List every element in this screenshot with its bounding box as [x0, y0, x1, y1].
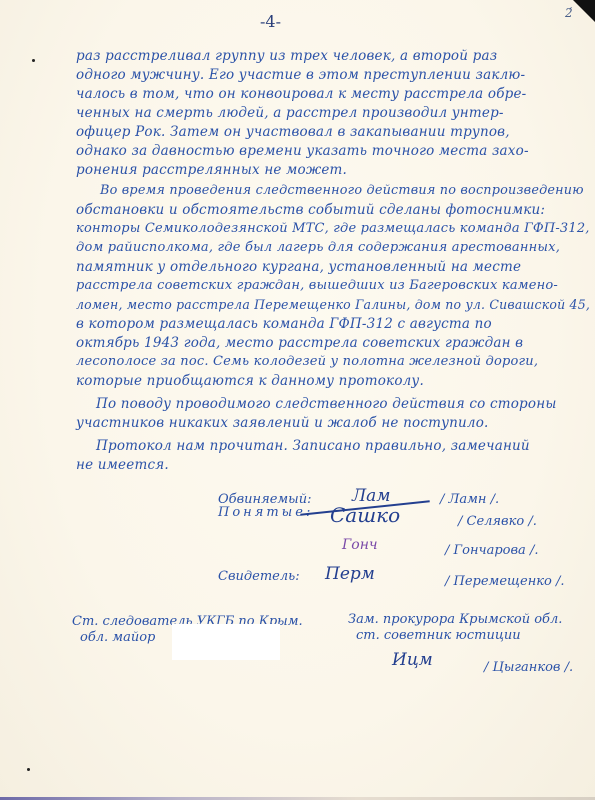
page-corner-shadow: [573, 0, 595, 22]
witness-label: Свидетель:: [218, 569, 300, 584]
scan-speck: [32, 59, 35, 62]
body-line: ронения расстрелянных не может.: [76, 162, 347, 178]
body-line: расстрела советских граждан, вышедших из…: [76, 278, 558, 293]
investigator-rank: обл. майор: [80, 630, 155, 645]
prosecutor-rank: ст. советник юстиции: [356, 628, 521, 643]
witnesses-label: Понятые:: [218, 505, 313, 520]
body-line: одного мужчину. Его участие в этом прест…: [76, 67, 525, 83]
body-line: ченных на смерть людей, а расстрел произ…: [76, 105, 504, 121]
body-line: однако за давностью времени указать точн…: [76, 143, 529, 159]
accused-name: / Ламн /.: [440, 492, 499, 507]
redacted-name: [172, 624, 280, 660]
body-line: чалось в том, что он конвоировал к месту…: [76, 86, 526, 102]
witness-2-signature: Гонч: [342, 537, 378, 553]
body-line: лесополосе за пос. Семь колодезей у поло…: [76, 354, 538, 369]
body-line: конторы Семиколодезянской МТС, где разме…: [76, 221, 590, 236]
body-line: участников никаких заявлений и жалоб не …: [76, 415, 489, 431]
body-line: дом райисполкома, где был лагерь для сод…: [76, 240, 560, 255]
body-line: памятник у отдельного кургана, установле…: [76, 259, 521, 275]
witness-1-name: / Селявко /.: [458, 514, 537, 529]
folio-mark: 2́: [565, 6, 573, 20]
witness-3-signature: Перм: [325, 564, 375, 584]
body-line: октябрь 1943 года, место расстрела совет…: [76, 335, 523, 351]
prosecutor-signature: Ицм: [392, 650, 433, 670]
body-line: раз расстреливал группу из трех человек,…: [76, 48, 497, 64]
body-line: Протокол нам прочитан. Записано правильн…: [96, 438, 530, 454]
prosecutor-title: Зам. прокурора Крымской обл.: [348, 612, 562, 627]
body-line: Во время проведения следственного действ…: [100, 183, 584, 198]
body-line: которые приобщаются к данному протоколу.: [76, 373, 424, 389]
prosecutor-name: / Цыганков /.: [484, 660, 573, 675]
scan-speck: [27, 768, 30, 771]
body-line: обстановки и обстоятельств событий сдела…: [76, 202, 545, 218]
witness-2-name: / Гончарова /.: [445, 543, 538, 558]
body-line: в котором размещалась команда ГФП-312 с …: [76, 316, 492, 332]
body-line: офицер Рок. Затем он участвовал в закапы…: [76, 124, 510, 140]
body-line: ломен, место расстрела Перемещенко Галин…: [76, 297, 590, 312]
page-number: -4-: [260, 12, 281, 31]
scanned-page: -4- 2́ раз расстреливал группу из трех ч…: [0, 0, 595, 800]
body-line: не имеется.: [76, 457, 169, 473]
body-line: По поводу проводимого следственного дейс…: [96, 396, 557, 412]
witness-3-name: / Перемещенко /.: [445, 574, 565, 589]
